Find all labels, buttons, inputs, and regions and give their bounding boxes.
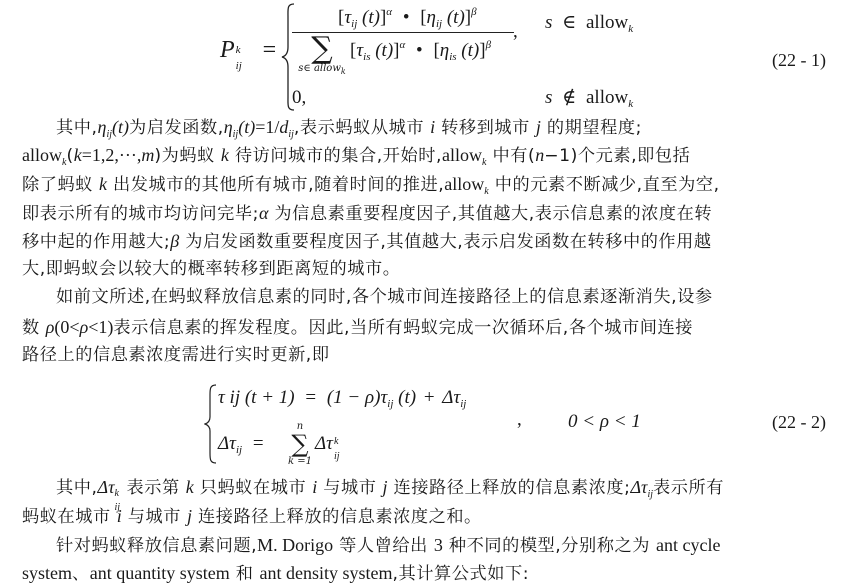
text-fragment: ij bbox=[460, 398, 466, 410]
text-fragment: η bbox=[440, 40, 449, 61]
text-fragment: 为信息素重要程度因子,其值越大,表示信息素的浓度在转 bbox=[268, 204, 712, 224]
text-fragment: (t) bbox=[461, 40, 479, 61]
text-fragment: 、 bbox=[72, 564, 90, 584]
text-fragment: 大,即蚂蚁会以较大的概率转移到距离短的城市。 bbox=[22, 259, 401, 279]
text-fragment: 为启发函数, bbox=[129, 118, 224, 138]
text-fragment: k bbox=[74, 145, 82, 165]
text-fragment: 除了蚂蚁 bbox=[22, 175, 99, 195]
text-fragment: β bbox=[170, 231, 179, 251]
case1-comma: , bbox=[513, 22, 518, 41]
text-fragment: 转移到城市 bbox=[435, 118, 536, 138]
text-fragment: β bbox=[486, 39, 491, 51]
text-fragment: k bbox=[341, 67, 346, 76]
text-fragment: ∑ bbox=[283, 432, 317, 456]
text-fragment: system bbox=[22, 563, 72, 583]
text-fragment: α bbox=[386, 6, 392, 18]
delta-term: Δτkij bbox=[315, 434, 345, 453]
text-fragment: <1) bbox=[88, 317, 113, 337]
text-fragment: M. Dorigo bbox=[257, 535, 333, 555]
text-fragment: 中有( bbox=[486, 146, 535, 166]
text-fragment: k bbox=[221, 145, 229, 165]
text-fragment: Δτ bbox=[218, 433, 236, 454]
text-fragment: Δτ bbox=[630, 477, 647, 497]
text-fragment: ∈ bbox=[562, 12, 576, 33]
text-fragment: k bbox=[628, 98, 633, 110]
text-fragment: k bbox=[99, 174, 107, 194]
text-fragment: 与城市 bbox=[122, 507, 187, 527]
text-fragment: ρ bbox=[80, 317, 89, 337]
text-fragment: ∑ bbox=[292, 34, 352, 64]
text-fragment: 其中, bbox=[56, 118, 98, 138]
denominator: [τis (t)]α • [ηis (t)]β bbox=[350, 40, 491, 63]
text-fragment: 针对蚂蚁释放信息素问题, bbox=[56, 536, 257, 556]
text-fragment: k bbox=[628, 23, 633, 35]
text-fragment: 为启发函数重要程度因子,其值越大,表示启发函数在转移中的作用越 bbox=[179, 232, 711, 252]
text-fragment: ,其计算公式如下: bbox=[393, 564, 530, 584]
equals-sign: = bbox=[263, 37, 277, 63]
text-fragment: k bbox=[115, 489, 119, 499]
text-fragment: (t) bbox=[398, 387, 416, 408]
text-fragment: n bbox=[535, 145, 544, 165]
text-fragment: 路径上的信息素浓度需进行实时更新,即 bbox=[22, 345, 330, 365]
text-fragment: 出发城市的其他所有城市,随着时间的推进, bbox=[107, 175, 444, 195]
text-fragment: 数 bbox=[22, 318, 46, 338]
text-line: system、ant quantity system 和 ant density… bbox=[22, 564, 529, 583]
probability-lhs: Pkij = bbox=[220, 38, 276, 62]
text-fragment: allow bbox=[586, 12, 628, 33]
equation-label-22-2: (22 - 2) bbox=[772, 412, 826, 433]
text-fragment: 的期望程度; bbox=[541, 118, 642, 138]
text-line: 除了蚂蚁 k 出发城市的其他所有城市,随着时间的推进,allowk 中的元素不断… bbox=[22, 175, 720, 197]
text-fragment: (t) bbox=[112, 117, 129, 137]
text-fragment: α bbox=[400, 39, 406, 51]
text-fragment: s∈ allow bbox=[298, 63, 341, 74]
text-fragment: 3 bbox=[434, 535, 443, 555]
text-fragment: • bbox=[416, 40, 423, 61]
lhs-base: P bbox=[220, 37, 235, 63]
text-fragment: s bbox=[545, 12, 552, 33]
text-fragment: k =1 bbox=[283, 456, 317, 467]
eq2-comma: , bbox=[517, 410, 522, 429]
text-fragment: ant cycle bbox=[656, 535, 720, 555]
text-fragment: =1/ bbox=[255, 117, 279, 137]
text-fragment: ant quantity system bbox=[90, 563, 230, 583]
text-fragment: =1,2,···, bbox=[82, 145, 142, 165]
text-fragment: = bbox=[253, 433, 264, 454]
text-line: 蚂蚁在城市 i 与城市 j 连接路径上释放的信息素浓度之和。 bbox=[22, 507, 482, 526]
text-line: 其中,Δτkij表示第 k 只蚂蚁在城市 i 与城市 j 连接路径上释放的信息素… bbox=[56, 478, 724, 500]
text-fragment: ij bbox=[351, 18, 357, 30]
text-fragment: −1)个元素,即包括 bbox=[544, 146, 690, 166]
text-fragment: 表示所有 bbox=[653, 478, 724, 498]
text-fragment: (t) bbox=[238, 117, 255, 137]
text-fragment: 即表示所有的城市均访问完毕; bbox=[22, 204, 259, 224]
text-fragment: k bbox=[186, 477, 194, 497]
rho-range-condition: 0 < ρ < 1 bbox=[568, 412, 641, 431]
text-fragment: allow bbox=[444, 174, 484, 194]
text-fragment: ( bbox=[66, 146, 73, 166]
text-fragment: + bbox=[424, 387, 435, 408]
text-fragment: s bbox=[545, 87, 552, 108]
text-fragment: is bbox=[363, 51, 370, 63]
left-brace-icon bbox=[204, 384, 218, 464]
text-fragment: (t) bbox=[447, 7, 465, 28]
text-line: 其中,ηij(t)为启发函数,ηij(t)=1/dij,表示蚂蚁从城市 i 转移… bbox=[56, 118, 642, 140]
text-line: 路径上的信息素浓度需进行实时更新,即 bbox=[22, 347, 330, 364]
text-fragment: d bbox=[279, 117, 288, 137]
text-fragment: ij bbox=[236, 444, 242, 456]
text-fragment: 与城市 bbox=[317, 478, 382, 498]
text-fragment: = bbox=[305, 387, 316, 408]
text-fragment: allow bbox=[586, 87, 628, 108]
text-fragment: Δτ bbox=[442, 387, 460, 408]
text-fragment: allow bbox=[442, 145, 482, 165]
text-line: 大,即蚂蚁会以较大的概率转移到距离短的城市。 bbox=[22, 261, 401, 278]
text-fragment: m bbox=[141, 145, 154, 165]
case1-condition: s ∈ allowk bbox=[545, 13, 633, 35]
text-fragment: (1 − ρ) bbox=[327, 387, 381, 408]
text-fragment: ,表示蚂蚁从城市 bbox=[294, 118, 430, 138]
text-fragment: k bbox=[334, 437, 338, 447]
text-line: 即表示所有的城市均访问完毕;α 为信息素重要程度因子,其值越大,表示信息素的浓度… bbox=[22, 204, 712, 223]
text-line: 移中起的作用越大;β 为启发函数重要程度因子,其值越大,表示启发函数在转移中的作… bbox=[22, 232, 712, 251]
case2-value: 0, bbox=[292, 88, 306, 107]
text-fragment: 表示第 bbox=[127, 478, 186, 498]
text-fragment: is bbox=[449, 51, 456, 63]
text-fragment: τ ij bbox=[218, 387, 240, 408]
text-fragment: 连接路径上释放的信息素浓度之和。 bbox=[192, 507, 482, 527]
text-fragment: ant density system bbox=[260, 563, 393, 583]
text-fragment: (0< bbox=[54, 317, 79, 337]
text-fragment: ) bbox=[154, 146, 161, 166]
text-line: 如前文所述,在蚂蚁释放信息素的同时,各个城市间连接路径上的信息素逐渐消失,设参 bbox=[56, 289, 713, 306]
text-fragment: η bbox=[427, 7, 436, 28]
text-fragment: 连接路径上释放的信息素浓度; bbox=[387, 478, 630, 498]
text-fragment: β bbox=[471, 6, 476, 18]
delta-sum-row: Δτij = bbox=[218, 434, 270, 456]
lhs-sup: k bbox=[236, 45, 241, 56]
text-fragment: 为蚂蚁 bbox=[162, 146, 221, 166]
text-fragment: 等人曾给出 bbox=[333, 536, 434, 556]
text-fragment: α bbox=[259, 203, 268, 223]
text-fragment: 中的元素不断减少,直至为空, bbox=[489, 175, 720, 195]
text-fragment: allow bbox=[22, 145, 62, 165]
text-fragment: ∉ bbox=[562, 87, 576, 108]
text-fragment: 移中起的作用越大; bbox=[22, 232, 170, 252]
text-fragment: 表示信息素的挥发程度。因此,当所有蚂蚁完成一次循环后,各个城市间连接 bbox=[113, 318, 693, 338]
text-fragment: 如前文所述,在蚂蚁释放信息素的同时,各个城市间连接路径上的信息素逐渐消失,设参 bbox=[56, 287, 713, 307]
sum-operator: ∑ s∈ allowk bbox=[292, 34, 352, 76]
text-fragment: • bbox=[403, 7, 410, 28]
lhs-sub: ij bbox=[236, 61, 242, 72]
text-fragment: Δτ bbox=[98, 477, 115, 497]
text-fragment: 待访问城市的集合,开始时, bbox=[229, 146, 442, 166]
text-fragment: 蚂蚁在城市 bbox=[22, 507, 117, 527]
pheromone-update-row: τ ij (t + 1) = (1 − ρ)τij (t) + Δτij bbox=[218, 388, 466, 410]
text-line: allowk(k=1,2,···,m)为蚂蚁 k 待访问城市的集合,开始时,al… bbox=[22, 146, 690, 168]
text-fragment: η bbox=[224, 117, 233, 137]
text-fragment: Δτ bbox=[315, 433, 333, 454]
text-fragment: ij bbox=[436, 18, 442, 30]
text-fragment: (t + 1) bbox=[245, 387, 295, 408]
text-fragment: ij bbox=[334, 452, 340, 462]
text-line: 数 ρ(0<ρ<1)表示信息素的挥发程度。因此,当所有蚂蚁完成一次循环后,各个城… bbox=[22, 318, 693, 337]
text-fragment: 其中, bbox=[56, 478, 98, 498]
text-fragment: 只蚂蚁在城市 bbox=[194, 478, 312, 498]
text-fragment: ij bbox=[387, 398, 393, 410]
text-fragment: 种不同的模型,分别称之为 bbox=[443, 536, 656, 556]
text-line: 针对蚂蚁释放信息素问题,M. Dorigo 等人曾给出 3 种不同的模型,分别称… bbox=[56, 536, 720, 555]
text-fragment: (t) bbox=[375, 40, 393, 61]
text-fragment: 和 bbox=[230, 564, 260, 584]
case2-condition: s ∉ allowk bbox=[545, 88, 633, 110]
equation-label-22-1: (22 - 1) bbox=[772, 50, 826, 71]
numerator: [τij (t)]α • [ηij (t)]β bbox=[338, 7, 477, 30]
sum-operator: n ∑ k =1 bbox=[283, 421, 317, 467]
text-fragment: (t) bbox=[362, 7, 380, 28]
